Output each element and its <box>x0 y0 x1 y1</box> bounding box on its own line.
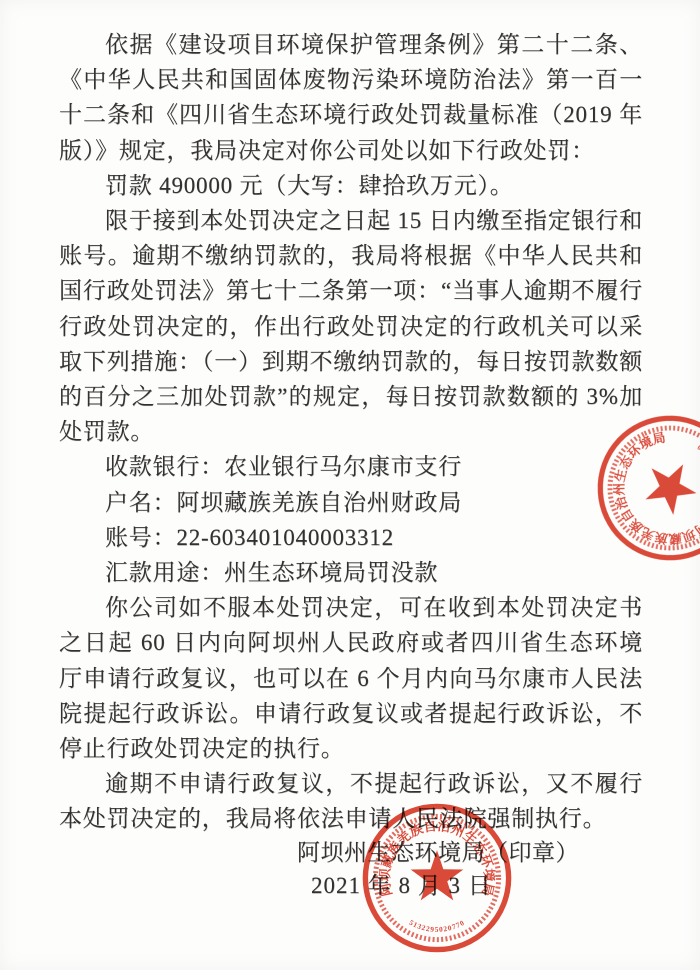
seal-graphic: 阿坝藏族羌族自治州生态环境局 5132295020770 <box>360 801 514 955</box>
line-remittance-purpose: 汇款用途：州生态环境局罚没款 <box>59 555 643 590</box>
paragraph-fine-amount: 罚款 490000 元（大写：肆拾玖万元）。 <box>59 168 643 203</box>
paragraph-appeal-rights: 你公司如不服本处罚决定，可在收到本处罚决定书之日起 60 日内向阿坝州人民政府或… <box>59 590 643 766</box>
line-receiving-bank: 收款银行：农业银行马尔康市支行 <box>59 449 643 484</box>
seal-star-icon <box>635 455 700 522</box>
seal-star-icon <box>411 850 464 900</box>
line-account-name: 户名：阿坝藏族羌族自治州财政局 <box>59 485 643 520</box>
paragraph-enforcement: 逾期不申请行政复议，不提起行政诉讼，又不履行本处罚决定的，我局将依法申请人民法院… <box>59 766 643 836</box>
paragraph-payment-deadline: 限于接到本处罚决定之日起 15 日内缴至指定银行和账号。逾期不缴纳罚款的，我局将… <box>59 203 643 449</box>
line-account-number: 账号：22-603401040003312 <box>59 520 643 555</box>
penalty-decision-page: 依据《建设项目环境保护管理条例》第二十二条、《中华人民共和国固体废物污染环境防治… <box>0 0 700 970</box>
seal-code-arc-text: 5132295020770 <box>694 439 700 497</box>
official-seal: 阿坝藏族羌族自治州生态环境局 5132295020770 <box>360 801 514 955</box>
seal-code-arc-text: 5132295020770 <box>408 918 467 934</box>
paragraph-legal-basis: 依据《建设项目环境保护管理条例》第二十二条、《中华人民共和国固体废物污染环境防治… <box>59 27 643 168</box>
document-body: 依据《建设项目环境保护管理条例》第二十二条、《中华人民共和国固体废物污染环境防治… <box>59 27 643 837</box>
